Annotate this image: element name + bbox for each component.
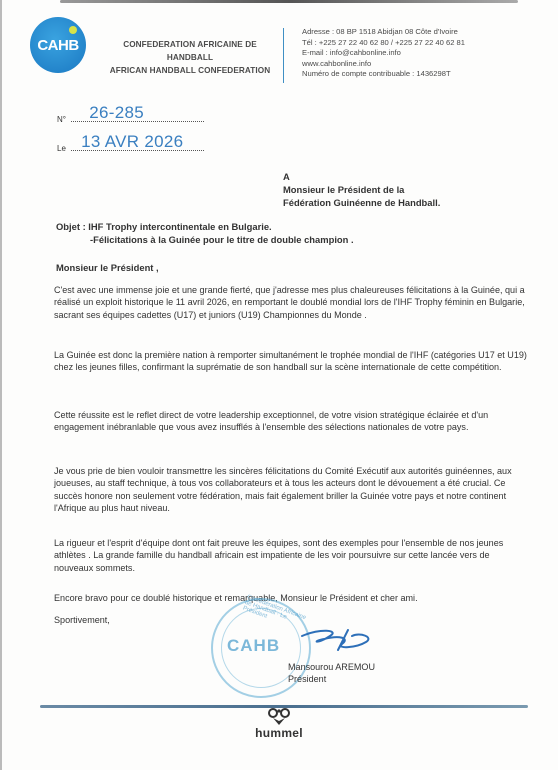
body-paragraph: Encore bravo pour ce doublé historique e… [54,592,529,604]
signatory-name: Mansourou AREMOU [288,661,375,673]
body-paragraph: Cette réussite est le reflet direct de v… [54,409,529,434]
contact-tax-id: Numéro de compte contribuable : 1436298T [302,69,465,80]
org-name-fr: CONFEDERATION AFRICAINE DE HANDBALL [100,38,280,64]
recipient-line-3: Fédération Guinéenne de Handball. [283,196,440,209]
contact-address: Adresse : 08 BP 1518 Abidjan 08 Côte d'I… [302,27,465,38]
reference-number-line: 26-285 [71,114,204,122]
body-paragraph: C'est avec une immense joie et une grand… [54,284,529,321]
body-paragraph: La rigueur et l'esprit d'équipe dont ont… [54,537,529,574]
reference-number: N° 26-285 [57,114,204,124]
subject-line-1: Objet : IHF Trophy intercontinentale en … [56,220,354,233]
stamp-center-text: CAHB [227,636,280,656]
organization-name: CONFEDERATION AFRICAINE DE HANDBALL AFRI… [100,38,280,77]
recipient-line-1: A [283,170,440,183]
sponsor-name: hummel [0,726,558,740]
handball-player-icon [69,26,77,34]
letter-date: Le 13 AVR 2026 [57,143,204,153]
contact-website: www.cahbonline.info [302,59,465,70]
signatory-block: Mansourou AREMOU Président [288,661,375,686]
org-name-en: AFRICAN HANDBALL CONFEDERATION [100,64,280,77]
reference-number-value: 26-285 [89,103,144,123]
logo-text: CAHB [37,37,78,54]
signatory-title: Président [288,673,375,685]
salutation: Monsieur le Président , [56,262,159,273]
sponsor-logo: hummel [0,708,558,740]
contact-phone: Tél : +225 27 22 40 62 80 / +225 27 22 4… [302,38,465,49]
body-paragraph: Je vous prie de bien vouloir transmettre… [54,465,529,515]
date-value: 13 AVR 2026 [81,132,183,152]
date-label: Le [57,144,66,153]
recipient-block: A Monsieur le Président de la Fédération… [283,170,440,209]
hummel-bee-icon [265,708,293,726]
subject-line-2: -Félicitations à la Guinée pour le titre… [56,233,354,246]
subject-block: Objet : IHF Trophy intercontinentale en … [56,220,354,246]
cahb-logo-icon: CAHB [30,17,86,73]
contact-block: Adresse : 08 BP 1518 Abidjan 08 Côte d'I… [302,27,465,80]
contact-email: E-mail : info@cahbonline.info [302,48,465,59]
date-line: 13 AVR 2026 [71,143,204,151]
header-divider [283,28,284,83]
reference-number-label: N° [57,115,66,124]
top-rule [60,0,518,3]
recipient-line-2: Monsieur le Président de la [283,183,440,196]
signature-icon [300,626,380,654]
body-paragraph: La Guinée est donc la première nation à … [54,349,529,374]
page-edge [0,0,2,770]
